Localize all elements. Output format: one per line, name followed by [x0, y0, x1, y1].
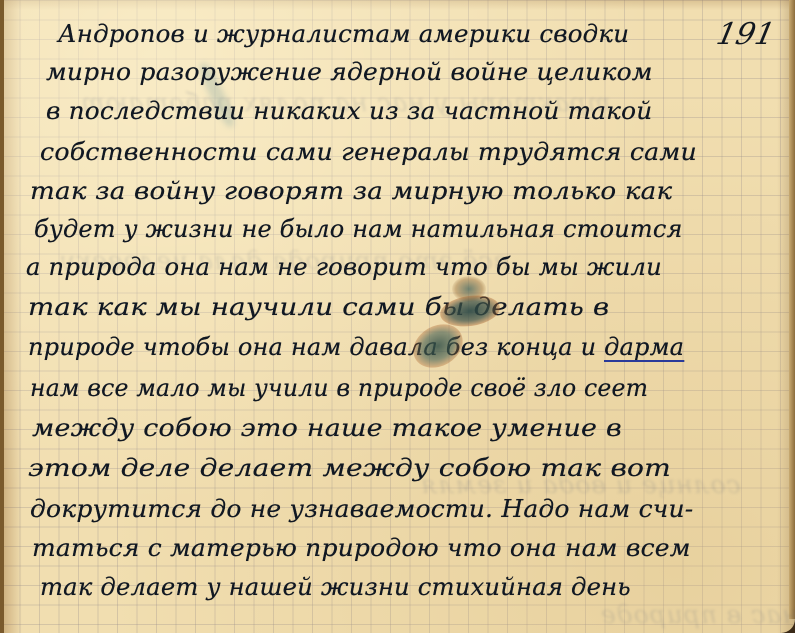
text-line: этом деле делает между собою так вот	[28, 454, 671, 482]
notebook-page: тракторы у нас на полях работают всё это…	[0, 0, 795, 633]
text-line: докрутится до не узнаваемости. Надо нам …	[30, 495, 693, 523]
text-line: собственности сами генералы трудятся сам…	[40, 138, 697, 166]
text-line: мирно разоружение ядерной войне целиком	[46, 58, 653, 86]
text-line: так за войну говорят за мирную только ка…	[30, 177, 672, 205]
text-segment: природе чтобы она нам давала без конца и	[28, 333, 604, 361]
text-line: так как мы научили сами бы делать в	[28, 293, 609, 321]
underlined-word: дарма	[604, 333, 684, 361]
text-line: в последствии никаких из за частной тако…	[46, 97, 652, 125]
text-line: будет у жизни не было нам натильная стои…	[34, 215, 683, 243]
text-line: природе чтобы она нам давала без конца и…	[28, 333, 684, 361]
text-line: таться с матерью природою что она нам вс…	[32, 534, 691, 562]
text-line: а природа она нам не говорит что бы мы ж…	[26, 253, 662, 281]
text-line: Андропов и журналистам америки сводки	[58, 20, 629, 48]
handwritten-text-body: Андропов и журналистам америки сводки ми…	[0, 0, 795, 633]
text-line: между собою это наше такое умение в	[32, 414, 622, 442]
text-line: нам все мало мы учили в природе своё зло…	[30, 374, 648, 402]
text-line: так делает у нашей жизни стихийная день	[40, 573, 631, 601]
